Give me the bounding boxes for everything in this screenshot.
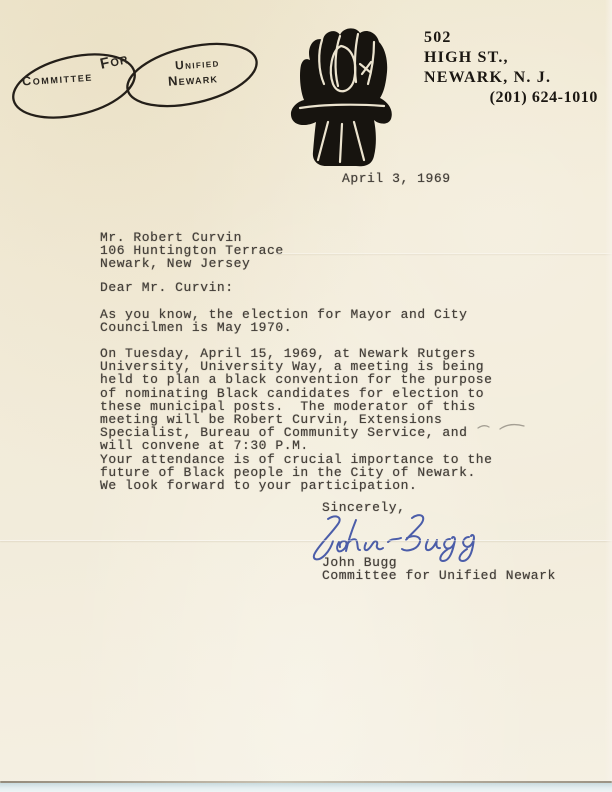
recipient-address: Mr. Robert Curvin 106 Huntington Terrace… [100,231,284,271]
pen-mark [476,419,528,435]
salutation: Dear Mr. Curvin: [100,281,234,294]
paragraph-2: On Tuesday, April 15, 1969, at Newark Ru… [100,347,530,453]
paragraph-3: Your attendance is of crucial importance… [100,453,530,493]
scanned-letter-page: Committee For Unified Newark 502 HIGH S [0,0,612,792]
address-city: NEWARK, N. J. [424,68,598,88]
committee-logo: Committee For Unified Newark [8,38,260,122]
typed-signer-org: Committee for Unified Newark [322,569,556,582]
address-street: HIGH ST., [424,48,598,68]
letterhead-address: 502 HIGH ST., NEWARK, N. J. (201) 624-10… [424,28,598,108]
address-number: 502 [424,28,598,48]
scanner-background-strip [0,783,612,792]
fist-ankh-icon [288,26,396,168]
paper-crease [0,540,612,541]
letter-date: April 3, 1969 [342,172,451,185]
paragraph-1: As you know, the election for Mayor and … [100,308,530,334]
address-phone: (201) 624-1010 [424,88,598,108]
paper-crease [275,253,612,254]
paper-edge-right [605,0,612,782]
